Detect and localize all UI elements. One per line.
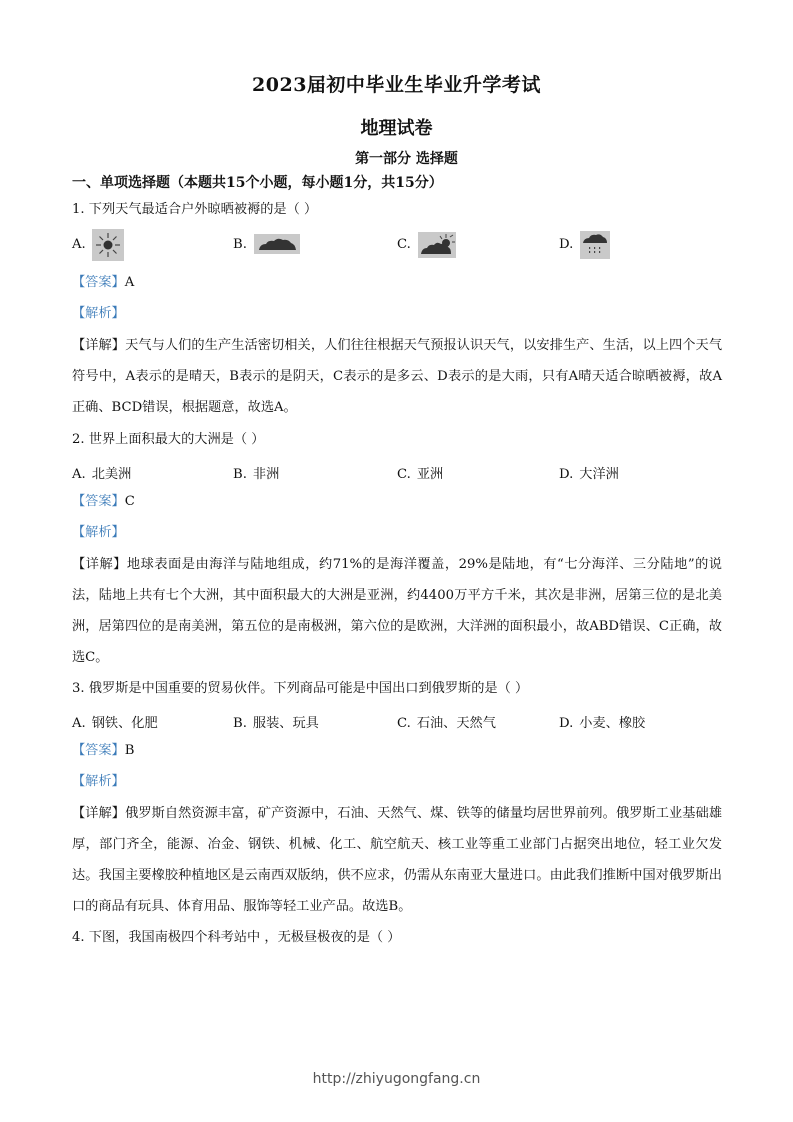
- option-label: C.: [397, 237, 411, 252]
- option-text: 小麦、橡胶: [579, 716, 645, 731]
- question-1-stem: 1. 下列天气最适合户外晾晒被褥的是（ ）: [72, 202, 317, 218]
- answer-value: C: [125, 494, 135, 509]
- option-a: A.北美洲: [72, 463, 131, 482]
- question-3-detail: 【详解】俄罗斯自然资源丰富，矿产资源中，石油、天然气、煤、铁等的储量均居世界前列…: [72, 798, 722, 922]
- answer-tag: 【答案】: [72, 743, 125, 758]
- option-text: 钢铁、化肥: [92, 716, 158, 731]
- detail-text: 地球表面是由海洋与陆地组成，约71%的是海洋覆盖，29%是陆地，有“七分海洋、三…: [72, 557, 722, 665]
- option-b: B.: [233, 237, 247, 252]
- section-heading: 一、单项选择题（本题共15个小题，每小题1分，共15分）: [72, 172, 443, 192]
- option-label: B.: [233, 716, 247, 731]
- option-label: B.: [233, 237, 247, 252]
- answer-value: B: [125, 743, 135, 758]
- option-label: D.: [559, 237, 573, 252]
- option-text: 亚洲: [417, 467, 443, 482]
- option-b: B.非洲: [233, 463, 279, 482]
- option-b: B.服装、玩具: [233, 712, 319, 731]
- detail-tag: 【详解】: [72, 806, 125, 821]
- question-2-answer: 【答案】C: [72, 494, 135, 510]
- option-c: C.亚洲: [397, 463, 443, 482]
- detail-tag: 【详解】: [72, 338, 125, 353]
- overcast-icon: [254, 234, 300, 254]
- option-label: A.: [72, 467, 86, 482]
- option-c: C.石油、天然气: [397, 712, 496, 731]
- analysis-tag: 【解析】: [72, 774, 125, 789]
- question-2-detail: 【详解】地球表面是由海洋与陆地组成，约71%的是海洋覆盖，29%是陆地，有“七分…: [72, 549, 722, 673]
- part-heading: 第一部分 选择题: [0, 148, 793, 168]
- analysis-tag: 【解析】: [72, 525, 125, 540]
- sunny-icon: [92, 229, 124, 261]
- option-label: A.: [72, 716, 86, 731]
- subject-title: 地理试卷: [0, 114, 793, 140]
- analysis-tag: 【解析】: [72, 306, 125, 321]
- answer-value: A: [125, 275, 135, 290]
- option-label: C.: [397, 716, 411, 731]
- question-4-stem: 4. 下图，我国南极四个科考站中 ，无极昼极夜的是（ ）: [72, 930, 400, 946]
- question-3-answer: 【答案】B: [72, 743, 134, 759]
- option-text: 北美洲: [92, 467, 132, 482]
- detail-tag: 【详解】: [72, 557, 127, 572]
- answer-tag: 【答案】: [72, 275, 125, 290]
- option-label: C.: [397, 467, 411, 482]
- option-d: D.大洋洲: [559, 463, 619, 482]
- detail-text: 俄罗斯自然资源丰富，矿产资源中，石油、天然气、煤、铁等的储量均居世界前列。俄罗斯…: [72, 806, 722, 914]
- option-text: 服装、玩具: [253, 716, 319, 731]
- option-label: B.: [233, 467, 247, 482]
- question-3-analysis: 【解析】: [72, 774, 125, 790]
- question-2-stem: 2. 世界上面积最大的大洲是（ ）: [72, 432, 264, 448]
- footer-url[interactable]: http://zhiyugongfang.cn: [0, 1071, 793, 1087]
- option-text: 大洋洲: [579, 467, 619, 482]
- option-text: 非洲: [253, 467, 279, 482]
- detail-text: 天气与人们的生产生活密切相关，人们往往根据天气预报认识天气，以安排生产、生活，以…: [72, 338, 722, 415]
- heavy-rain-icon: [580, 231, 610, 259]
- exam-page: 2023届初中毕业生毕业升学考试 地理试卷 第一部分 选择题 一、单项选择题（本…: [0, 0, 793, 1122]
- question-1-answer: 【答案】A: [72, 275, 134, 291]
- option-text: 石油、天然气: [417, 716, 496, 731]
- option-c: C.: [397, 237, 411, 252]
- option-d: D.小麦、橡胶: [559, 712, 645, 731]
- option-label: D.: [559, 716, 573, 731]
- exam-title: 2023届初中毕业生毕业升学考试: [0, 70, 793, 97]
- question-1-detail: 【详解】天气与人们的生产生活密切相关，人们往往根据天气预报认识天气，以安排生产、…: [72, 330, 722, 423]
- question-3-stem: 3. 俄罗斯是中国重要的贸易伙伴。下列商品可能是中国出口到俄罗斯的是（ ）: [72, 681, 528, 697]
- question-2-analysis: 【解析】: [72, 525, 125, 541]
- answer-tag: 【答案】: [72, 494, 125, 509]
- option-label: D.: [559, 467, 573, 482]
- option-a: A.钢铁、化肥: [72, 712, 158, 731]
- option-label: A.: [72, 237, 86, 252]
- option-d: D.: [559, 237, 573, 252]
- partly-cloudy-icon: [418, 232, 456, 258]
- option-a: A.: [72, 237, 86, 252]
- question-1-analysis: 【解析】: [72, 306, 125, 322]
